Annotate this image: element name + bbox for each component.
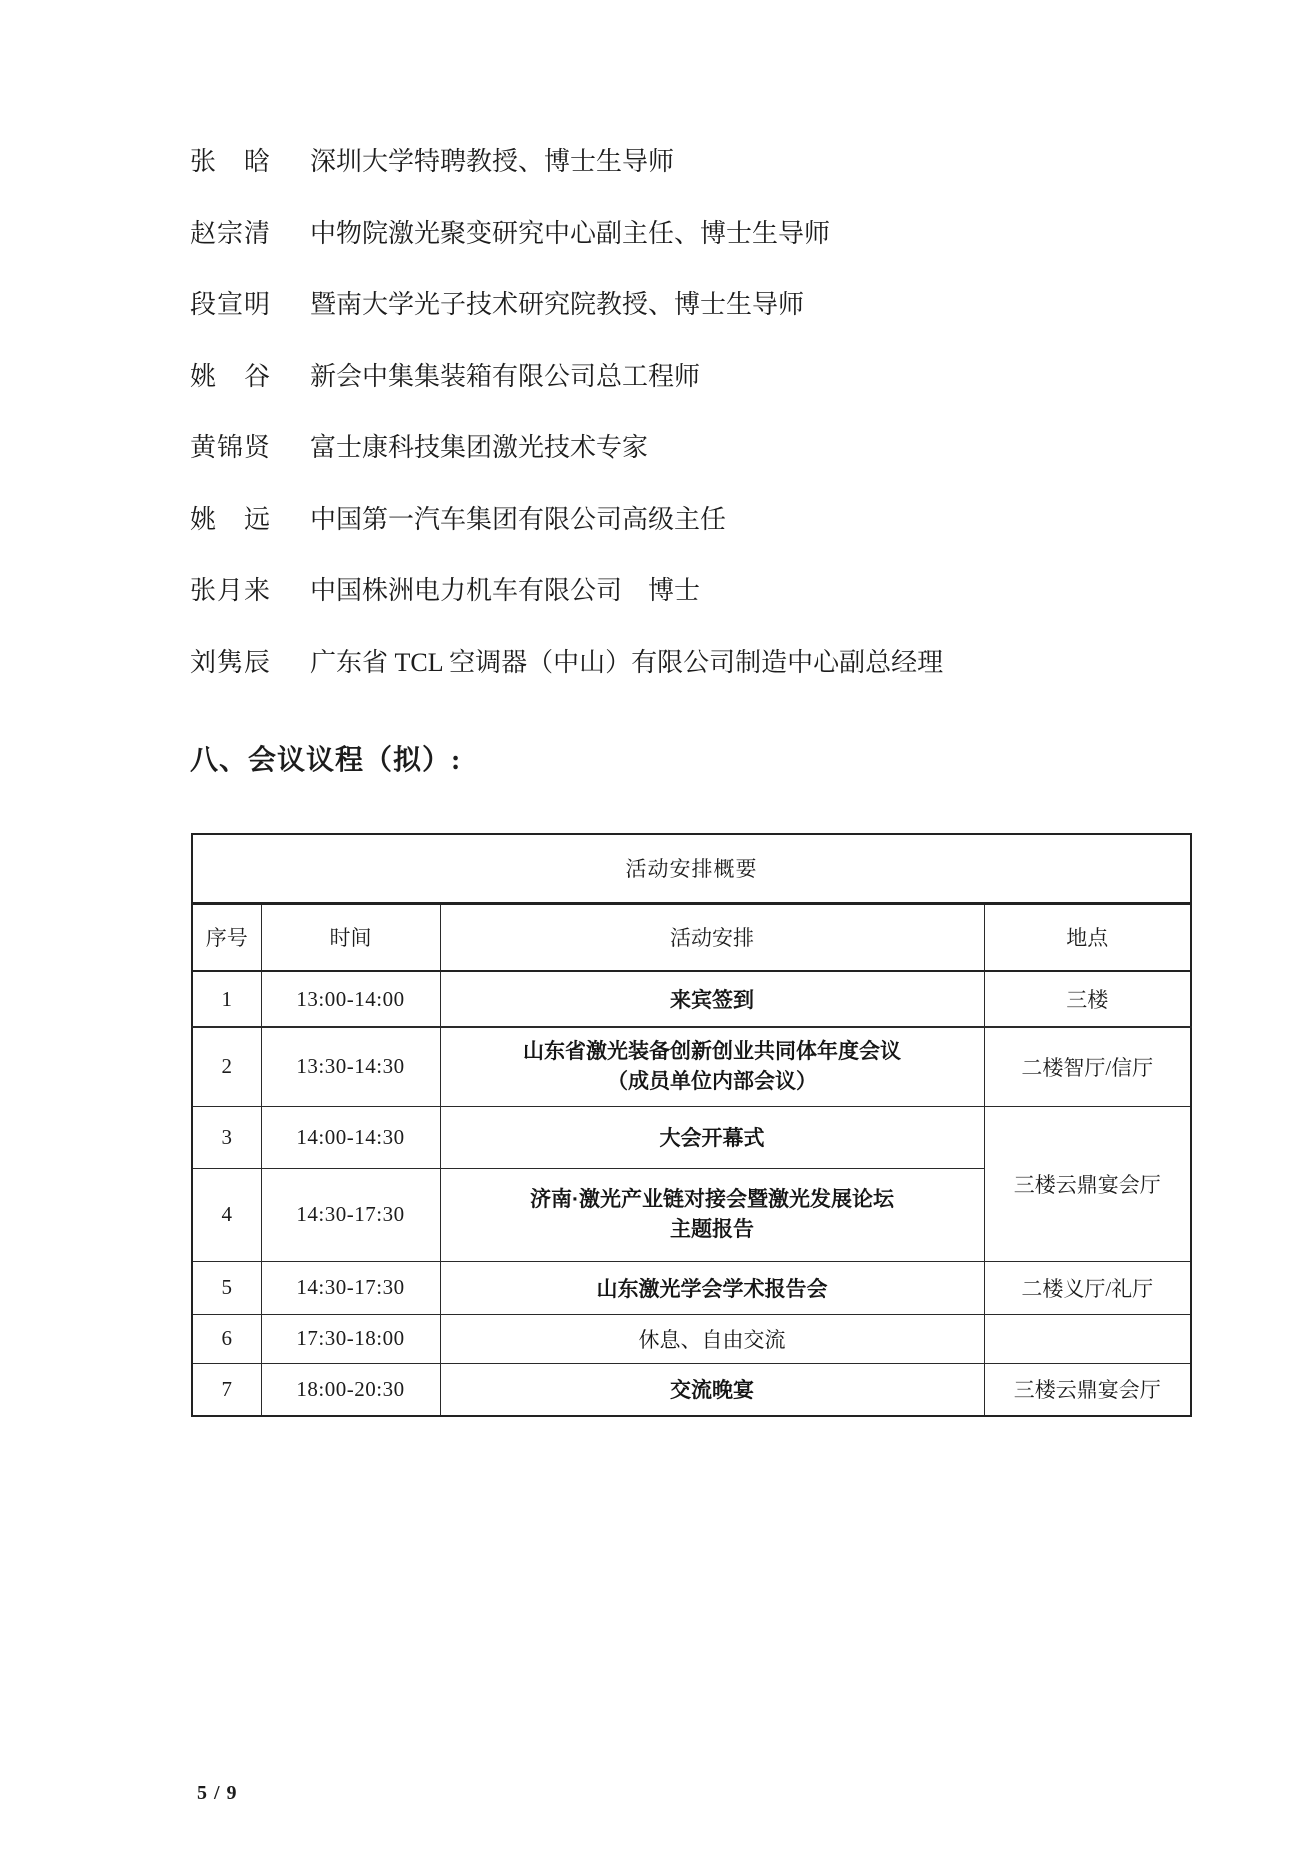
activity-cell: 山东省激光装备创新创业共同体年度会议 （成员单位内部会议） <box>440 1027 984 1106</box>
page-number: 5 / 9 <box>197 1782 238 1805</box>
location-cell: 三楼 <box>984 971 1191 1027</box>
expert-title: 暨南大学光子技术研究院教授、博士生导师 <box>310 284 804 321</box>
expert-name: 姚 远 <box>190 499 270 536</box>
expert-row: 段宣明 暨南大学光子技术研究院教授、博士生导师 <box>190 267 943 339</box>
expert-name: 张 晗 <box>190 141 270 178</box>
activity-cell: 交流晚宴 <box>440 1363 984 1416</box>
location-cell: 二楼智厅/信厅 <box>984 1027 1191 1106</box>
expert-name: 黄锦贤 <box>190 427 270 464</box>
time-cell: 13:00-14:00 <box>261 971 440 1027</box>
activity-line: 主题报告 <box>445 1215 980 1245</box>
serial-cell: 5 <box>192 1261 261 1314</box>
expert-row: 张月来 中国株洲电力机车有限公司 博士 <box>190 553 943 625</box>
document-page: 张 晗 深圳大学特聘教授、博士生导师 赵宗清 中物院激光聚变研究中心副主任、博士… <box>0 0 1315 1860</box>
table-header-row: 序号 时间 活动安排 地点 <box>192 903 1191 971</box>
location-cell: 三楼云鼎宴会厅 <box>984 1363 1191 1416</box>
time-cell: 17:30-18:00 <box>261 1314 440 1363</box>
location-cell: 二楼义厅/礼厅 <box>984 1261 1191 1314</box>
section-heading: 八、会议议程（拟）: <box>190 738 461 778</box>
serial-cell: 3 <box>192 1106 261 1168</box>
expert-name: 张月来 <box>190 570 270 607</box>
col-header-time: 时间 <box>261 903 440 971</box>
serial-cell: 1 <box>192 971 261 1027</box>
serial-cell: 7 <box>192 1363 261 1416</box>
time-cell: 14:30-17:30 <box>261 1261 440 1314</box>
expert-row: 赵宗清 中物院激光聚变研究中心副主任、博士生导师 <box>190 196 943 268</box>
activity-cell: 来宾签到 <box>440 971 984 1027</box>
activity-line: 山东省激光装备创新创业共同体年度会议 <box>445 1037 980 1067</box>
location-cell-merged: 三楼云鼎宴会厅 <box>984 1106 1191 1261</box>
table-row: 3 14:00-14:30 大会开幕式 三楼云鼎宴会厅 <box>192 1106 1191 1168</box>
col-header-serial: 序号 <box>192 903 261 971</box>
location-cell <box>984 1314 1191 1363</box>
expert-row: 姚 谷 新会中集集装箱有限公司总工程师 <box>190 339 943 411</box>
activity-cell: 休息、自由交流 <box>440 1314 984 1363</box>
col-header-activity: 活动安排 <box>440 903 984 971</box>
time-cell: 14:30-17:30 <box>261 1168 440 1261</box>
col-header-location: 地点 <box>984 903 1191 971</box>
activity-line: 济南·激光产业链对接会暨激光发展论坛 <box>445 1185 980 1215</box>
table-row: 6 17:30-18:00 休息、自由交流 <box>192 1314 1191 1363</box>
expert-title: 广东省 TCL 空调器（中山）有限公司制造中心副总经理 <box>310 642 943 679</box>
activity-line: （成员单位内部会议） <box>445 1067 980 1097</box>
activity-cell: 大会开幕式 <box>440 1106 984 1168</box>
expert-title: 富士康科技集团激光技术专家 <box>310 427 648 464</box>
activity-cell: 济南·激光产业链对接会暨激光发展论坛 主题报告 <box>440 1168 984 1261</box>
agenda-table: 活动安排概要 序号 时间 活动安排 地点 1 13:00-14:00 来宾签到 … <box>191 833 1192 1417</box>
serial-cell: 4 <box>192 1168 261 1261</box>
time-cell: 14:00-14:30 <box>261 1106 440 1168</box>
time-cell: 18:00-20:30 <box>261 1363 440 1416</box>
expert-row: 姚 远 中国第一汽车集团有限公司高级主任 <box>190 482 943 554</box>
activity-cell: 山东激光学会学术报告会 <box>440 1261 984 1314</box>
expert-list: 张 晗 深圳大学特聘教授、博士生导师 赵宗清 中物院激光聚变研究中心副主任、博士… <box>190 124 943 696</box>
table-row: 7 18:00-20:30 交流晚宴 三楼云鼎宴会厅 <box>192 1363 1191 1416</box>
expert-row: 黄锦贤 富士康科技集团激光技术专家 <box>190 410 943 482</box>
expert-name: 刘隽辰 <box>190 642 270 679</box>
expert-name: 段宣明 <box>190 284 270 321</box>
table-title-row: 活动安排概要 <box>192 834 1191 903</box>
expert-row: 张 晗 深圳大学特聘教授、博士生导师 <box>190 124 943 196</box>
serial-cell: 2 <box>192 1027 261 1106</box>
expert-title: 中物院激光聚变研究中心副主任、博士生导师 <box>310 213 830 250</box>
table-row: 1 13:00-14:00 来宾签到 三楼 <box>192 971 1191 1027</box>
table-title: 活动安排概要 <box>192 834 1191 903</box>
expert-name: 赵宗清 <box>190 213 270 250</box>
expert-title: 新会中集集装箱有限公司总工程师 <box>310 356 700 393</box>
table-row: 2 13:30-14:30 山东省激光装备创新创业共同体年度会议 （成员单位内部… <box>192 1027 1191 1106</box>
expert-name: 姚 谷 <box>190 356 270 393</box>
expert-row: 刘隽辰 广东省 TCL 空调器（中山）有限公司制造中心副总经理 <box>190 625 943 697</box>
expert-title: 中国株洲电力机车有限公司 博士 <box>310 570 700 607</box>
expert-title: 中国第一汽车集团有限公司高级主任 <box>310 499 726 536</box>
serial-cell: 6 <box>192 1314 261 1363</box>
time-cell: 13:30-14:30 <box>261 1027 440 1106</box>
table-row: 5 14:30-17:30 山东激光学会学术报告会 二楼义厅/礼厅 <box>192 1261 1191 1314</box>
expert-title: 深圳大学特聘教授、博士生导师 <box>310 141 674 178</box>
